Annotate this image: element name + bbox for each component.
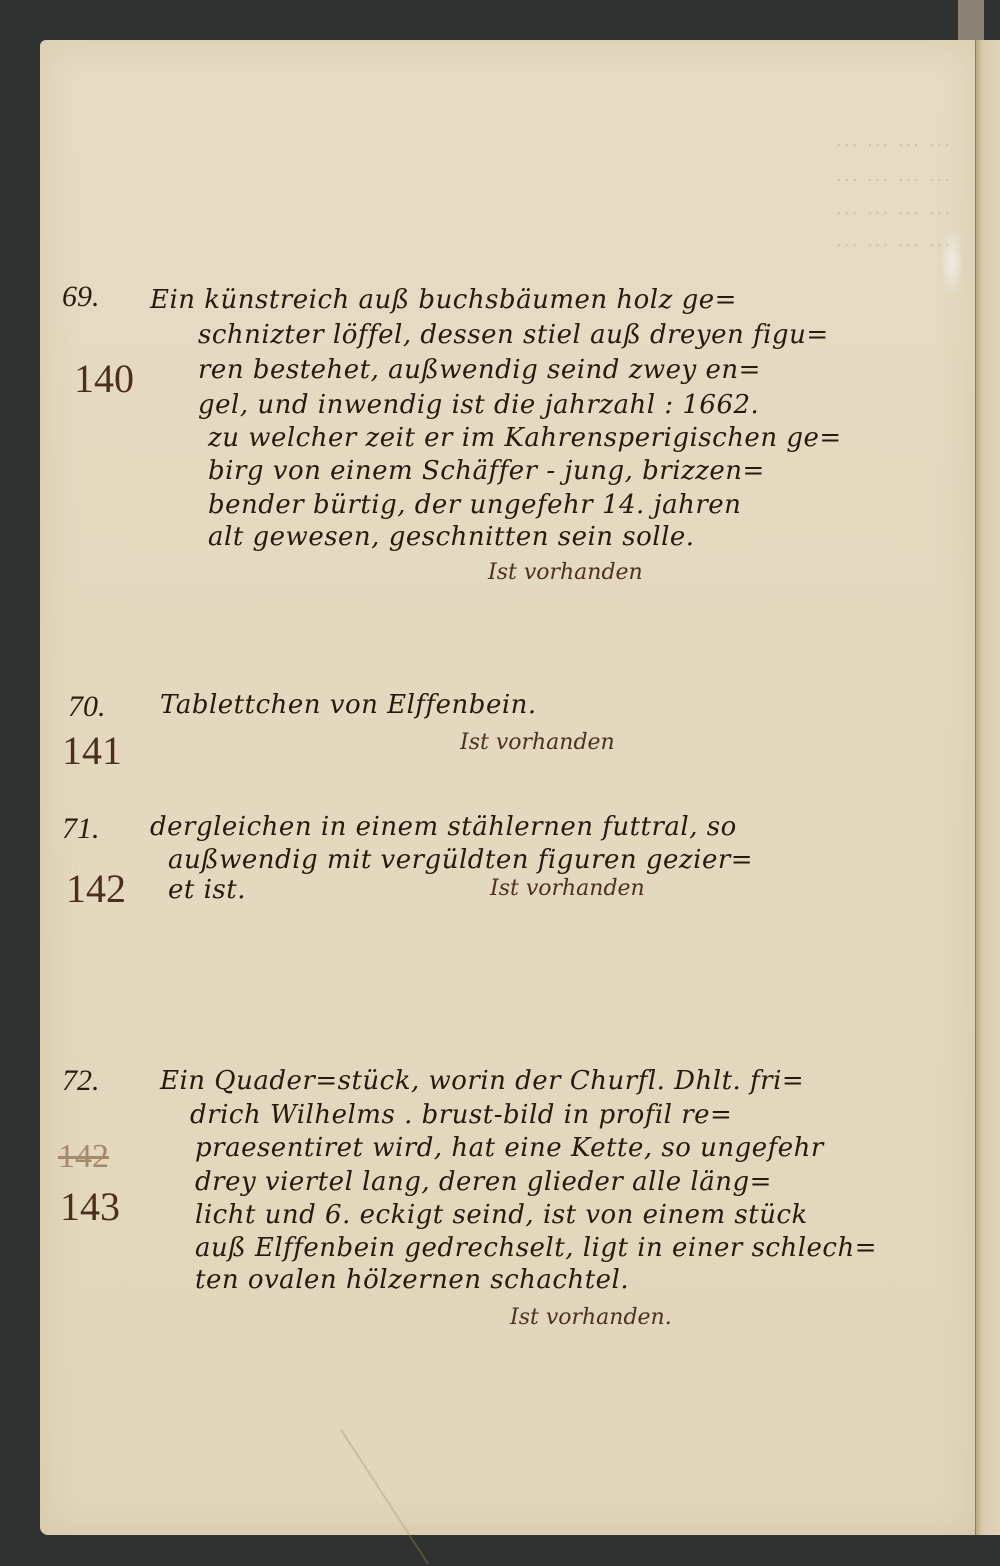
bleed-through-line: ... ... ... ... [70,230,950,251]
manuscript-page [40,40,975,1535]
entry-line: außwendig mit vergüldten figuren gezier= [168,845,753,875]
entry-line: bender bürtig, der ungefehr 14. jahren [208,490,741,520]
entry-line: dergleichen in einem stählernen futtral,… [150,812,737,842]
bleed-through-line: ... ... ... ... [70,130,950,151]
folio-number: 142 [66,865,126,912]
folio-number: 140 [74,355,134,402]
entry-number: 70. [68,690,106,724]
entry-line: et ist. [168,875,246,905]
binding-gutter [975,40,1000,1535]
entry-line: zu welcher zeit er im Kahrensperigischen… [208,423,842,453]
entry-number: 71. [62,812,100,846]
entry-line: Ein künstreich auß buchsbäumen holz ge= [150,285,737,315]
entry-line: alt gewesen, geschnitten sein solle. [208,522,695,552]
entry-number: 72. [62,1064,100,1098]
bleed-through-line: ... ... ... ... [70,198,950,219]
status-note: Ist vorhanden [488,560,643,585]
binding-strip [958,0,984,40]
entry-line: praesentiret wird, hat eine Kette, so un… [195,1133,824,1163]
entry-line: auß Elffenbein gedrechselt, ligt in eine… [195,1233,877,1263]
entry-line: schnizter löffel, dessen stiel auß dreye… [198,320,829,350]
entry-line: licht und 6. eckigt seind, ist von einem… [195,1200,808,1230]
status-note: Ist vorhanden. [510,1305,672,1330]
entry-line: drey viertel lang, deren glieder alle lä… [195,1167,772,1197]
entry-line: Ein Quader=stück, worin der Churfl. Dhlt… [160,1066,804,1096]
status-note: Ist vorhanden [460,730,615,755]
entry-line: gel, und inwendig ist die jahrzahl : 166… [198,390,759,420]
entry-number: 69. [62,280,100,314]
entry-line: drich Wilhelms . brust-bild in profil re… [190,1100,732,1130]
bleed-through-line: ... ... ... ... [70,165,950,186]
entry-line: birg von einem Schäffer - jung, brizzen= [208,456,765,486]
entry-line: Tablettchen von Elffenbein. [160,690,537,720]
struck-folio-number: 142 [58,1138,109,1176]
folio-number: 143 [60,1183,120,1230]
folio-number: 141 [62,727,122,774]
status-note: Ist vorhanden [490,876,645,901]
entry-line: ren bestehet, außwendig seind zwey en= [198,355,761,385]
entry-line: ten ovalen hölzernen schachtel. [195,1265,629,1295]
